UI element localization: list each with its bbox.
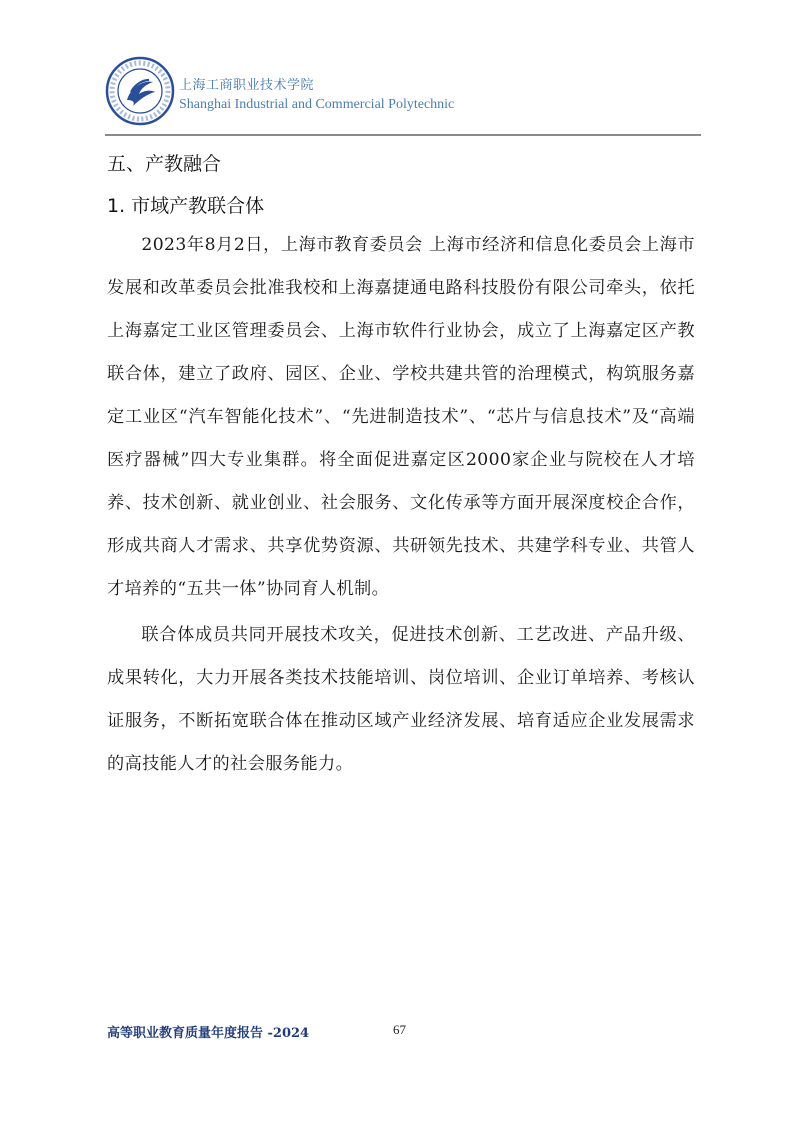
page-number: 67: [393, 1022, 406, 1038]
header-divider: [105, 134, 701, 136]
body-paragraph: 2023年8月2日，上海市教育委员会 上海市经济和信息化委员会上海市发展和改革委…: [107, 224, 695, 611]
school-name-chinese: 上海工商职业技术学院: [179, 74, 314, 93]
school-name-english: Shanghai Industrial and Commercial Polyt…: [179, 97, 454, 113]
subsection-title: 1. 市域产教联合体: [107, 191, 264, 218]
body-paragraph: 联合体成员共同开展技术攻关，促进技术创新、工艺改进、产品升级、成果转化，大力开展…: [107, 614, 695, 786]
school-emblem-icon: [105, 56, 175, 126]
footer-report-title: 高等职业教育质量年度报告 -2024: [107, 1022, 309, 1041]
page-header: 上海工商职业技术学院 Shanghai Industrial and Comme…: [105, 56, 705, 132]
section-title: 五、产教融合: [107, 149, 221, 176]
